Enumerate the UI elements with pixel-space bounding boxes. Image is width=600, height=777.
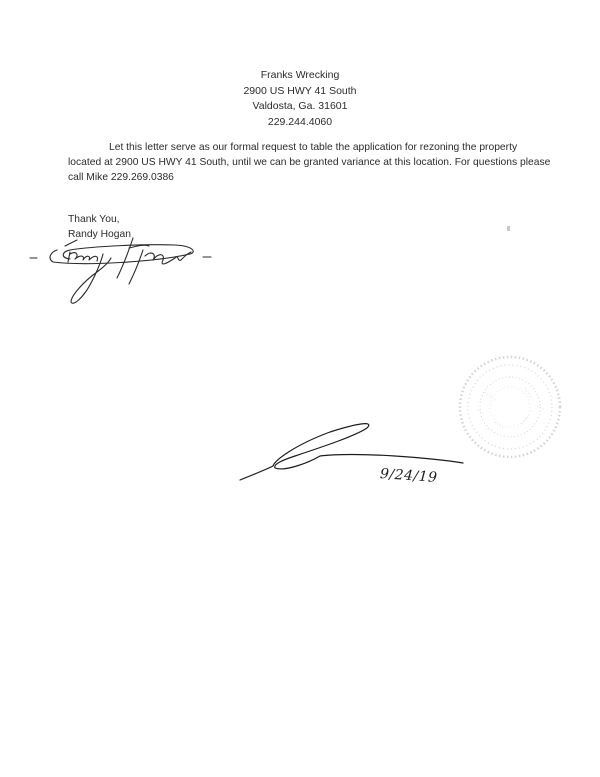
letter-page: Franks Wrecking 2900 US HWY 41 South Val… — [0, 0, 600, 777]
company-phone: 229.244.4060 — [0, 115, 600, 131]
body-line: Let this letter serve as our formal requ… — [68, 140, 548, 155]
company-street: 2900 US HWY 41 South — [0, 84, 600, 100]
body-line: located at 2900 US HWY 41 South, until w… — [68, 155, 548, 170]
body-line: call Mike 229.269.0386 — [68, 170, 548, 185]
closing-salutation: Thank You, — [68, 212, 131, 227]
scan-speck — [507, 226, 510, 231]
signature-official — [235, 410, 475, 490]
letter-body: Let this letter serve as our formal requ… — [68, 140, 548, 185]
company-city: Valdosta, Ga. 31601 — [0, 99, 600, 115]
letterhead: Franks Wrecking 2900 US HWY 41 South Val… — [0, 68, 600, 130]
signature-randy-hogan — [25, 232, 215, 312]
company-name: Franks Wrecking — [0, 68, 600, 84]
